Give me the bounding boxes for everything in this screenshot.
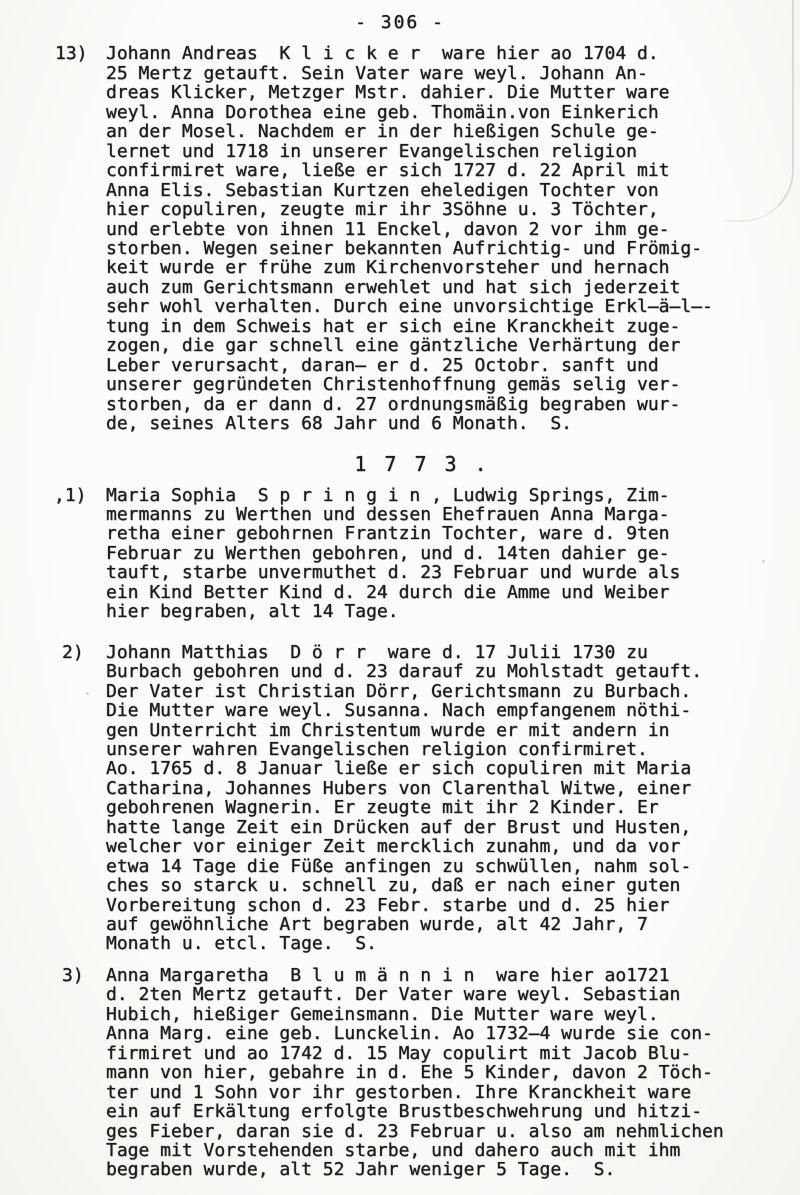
entry-text: Anna Margaretha B l u m ä n n i n ware h… — [106, 966, 760, 1180]
text-line: lernet und 1718 in unserer Evangelischen… — [106, 142, 760, 161]
text-line: an der Mosel. Nachdem er in der hießigen… — [106, 122, 760, 141]
entry-13: 13)Johann Andreas K l i c k e r ware hie… — [0, 44, 800, 433]
page-number: - 306 - — [0, 0, 800, 32]
text-line: hier begraben, alt 14 Tage. — [106, 602, 760, 621]
text-line: storben. Wegen seiner bekannten Aufricht… — [106, 239, 760, 258]
text-line: gebohrenen Wagnerin. Er zeugte mit ihr 2… — [106, 798, 760, 817]
text-line: keit wurde er frühe zum Kirchenvorsteher… — [106, 258, 760, 277]
text-line: sehr wohl verhalten. Durch eine unvorsic… — [106, 297, 760, 316]
text-line: Johann Andreas K l i c k e r ware hier a… — [106, 44, 760, 63]
text-line: Burbach gebohren und d. 23 darauf zu Moh… — [106, 662, 760, 681]
text-line: Tage mit Vorstehenden starbe, und dahero… — [106, 1141, 760, 1160]
entry-2: 2)Johann Matthias D ö r r ware d. 17 Jul… — [0, 643, 800, 954]
text-line: mann von hier, gebahre in d. Ehe 5 Kinde… — [106, 1063, 760, 1082]
text-line: ter und 1 Sohn vor ihr gestorben. Ihre K… — [106, 1083, 760, 1102]
text-line: Die Mutter ware weyl. Susanna. Nach empf… — [106, 701, 760, 720]
text-line: retha einer gebohrnen Frantzin Tochter, … — [106, 524, 760, 543]
page-content: 13)Johann Andreas K l i c k e r ware hie… — [0, 44, 800, 1179]
text-line: tung in dem Schweis hat er sich eine Kra… — [106, 317, 760, 336]
text-line: Maria Sophia S p r i n g i n , Ludwig Sp… — [106, 486, 760, 505]
text-line: hier copuliren, zeugte mir ihr 3Söhne u.… — [106, 200, 760, 219]
text-line: etwa 14 Tage die Füße anfingen zu schwül… — [106, 857, 760, 876]
text-line: Vorbereitung schon d. 23 Febr. starbe un… — [106, 896, 760, 915]
scanned-document-page: - 306 - 13)Johann Andreas K l i c k e r … — [0, 0, 800, 1195]
text-line: ein auf Erkältung erfolgte Brustbeschweh… — [106, 1102, 760, 1121]
text-line: begraben wurde, alt 52 Jahr weniger 5 Ta… — [106, 1160, 760, 1179]
text-line: und erlebte von ihnen 11 Enckel, davon 2… — [106, 220, 760, 239]
text-line: dreas Klicker, Metzger Mstr. dahier. Die… — [106, 83, 760, 102]
text-line: 25 Mertz getauft. Sein Vater ware weyl. … — [106, 64, 760, 83]
text-line: gen Unterricht im Christentum wurde er m… — [106, 721, 760, 740]
year-heading: 1 7 7 3 . — [44, 453, 800, 475]
entry-number: ,1) — [54, 486, 87, 505]
text-line: de, seines Alters 68 Jahr und 6 Monath. … — [106, 414, 760, 433]
text-line: Der Vater ist Christian Dörr, Gerichtsma… — [106, 682, 760, 701]
text-line: firmiret und ao 1742 d. 15 May copulirt … — [106, 1044, 760, 1063]
text-line: Leber verursacht, daran̶ er d. 25 Octobr… — [106, 356, 760, 375]
text-line: Hubich, hießiger Gemeinsmann. Die Mutter… — [106, 1005, 760, 1024]
text-line: auf gewöhnliche Art begraben wurde, alt … — [106, 915, 760, 934]
text-line: weyl. Anna Dorothea eine geb. Thomäin.vo… — [106, 103, 760, 122]
text-line: hatte lange Zeit ein Drücken auf der Bru… — [106, 818, 760, 837]
text-line: Anna Elis. Sebastian Kurtzen eheledigen … — [106, 181, 760, 200]
text-line: Anna Margaretha B l u m ä n n i n ware h… — [106, 966, 760, 985]
text-line: confirmiret ware, ließe er sich 1727 d. … — [106, 161, 760, 180]
text-line: mermanns zu Werthen und dessen Ehefrauen… — [106, 505, 760, 524]
entry-number: 2) — [62, 643, 84, 662]
text-line: auch zum Gerichtsmann erwehlet und hat s… — [106, 278, 760, 297]
text-line: ches so starck u. schnell zu, daß er nac… — [106, 876, 760, 895]
entry-text: Maria Sophia S p r i n g i n , Ludwig Sp… — [106, 486, 760, 622]
text-line: Ao. 1765 d. 8 Januar ließe er sich copul… — [106, 759, 760, 778]
entry-text: Johann Andreas K l i c k e r ware hier a… — [106, 44, 760, 433]
text-line: Monath u. etcl. Tage. S. — [106, 934, 760, 953]
text-line: unserer gegründeten Christenhoffnung gem… — [106, 375, 760, 394]
text-line: welcher vor einiger Zeit mercklich zunah… — [106, 837, 760, 856]
text-line: Catharina, Johannes Hubers von Clarentha… — [106, 779, 760, 798]
text-line: Anna Marg. eine geb. Lunckelin. Ao 1732̶… — [106, 1024, 760, 1043]
text-line: Februar zu Werthen gebohren, und d. 14te… — [106, 544, 760, 563]
text-line: Johann Matthias D ö r r ware d. 17 Julii… — [106, 643, 760, 662]
text-line: tauft, starbe unvermuthet d. 23 Februar … — [106, 563, 760, 582]
entry-number: 3) — [62, 966, 84, 985]
entry-number: 13) — [55, 44, 88, 63]
entry-1: ,1)Maria Sophia S p r i n g i n , Ludwig… — [0, 486, 800, 622]
text-line: unserer wahren Evangelischen religion co… — [106, 740, 760, 759]
text-line: ein Kind Better Kind d. 24 durch die Amm… — [106, 583, 760, 602]
text-line: ges Fieber, daran sie d. 23 Februar u. a… — [106, 1122, 760, 1141]
text-line: storben, da er dann d. 27 ordnungsmäßig … — [106, 395, 760, 414]
entry-3: 3)Anna Margaretha B l u m ä n n i n ware… — [0, 966, 800, 1180]
entry-text: Johann Matthias D ö r r ware d. 17 Julii… — [106, 643, 760, 954]
text-line: d. 2ten Mertz getauft. Der Vater ware we… — [106, 985, 760, 1004]
text-line: zogen, die gar schnell eine gäntzliche V… — [106, 336, 760, 355]
